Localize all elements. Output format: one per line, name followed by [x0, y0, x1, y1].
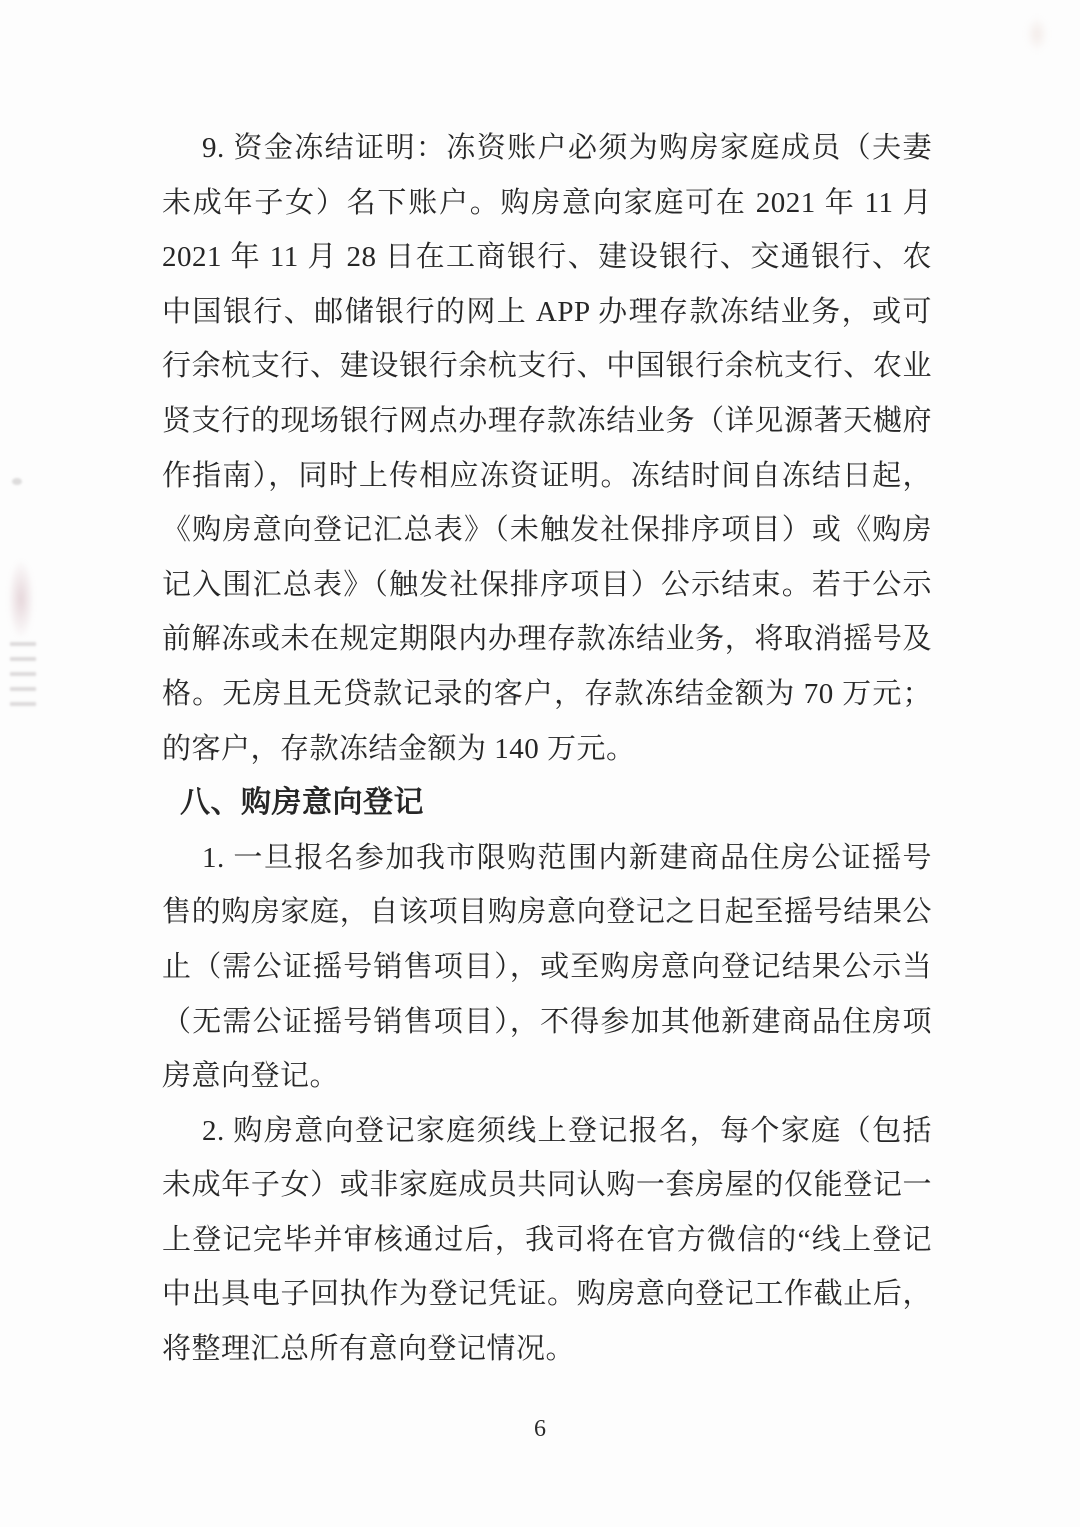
item1-line-3: 止（需公证摇号销售项目），或至购房意向登记结果公示当日止 [162, 940, 932, 995]
scan-smudge-topright [1026, 16, 1048, 52]
item2-line-5: 将整理汇总所有意向登记情况。 [162, 1322, 932, 1377]
item1-line-2: 售的购房家庭，自该项目购房意向登记之日起至摇号结果公示当日 [162, 885, 932, 940]
item2-line-1: 2. 购房意向登记家庭须线上登记报名，每个家庭（包括配偶及 [162, 1104, 932, 1159]
item9-line-12: 的客户，存款冻结金额为 140 万元。 [162, 722, 932, 777]
item9-line-5: 行余杭支行、建设银行余杭支行、中国银行余杭支行、农业银行崇 [162, 339, 932, 394]
item9-line-6: 贤支行的现场银行网点办理存款冻结业务（详见源著天樾府冻资操 [162, 394, 932, 449]
item9-line-4: 中国银行、邮储银行的网上 APP 办理存款冻结业务，或可在工商银 [162, 285, 932, 340]
section-heading: 八、购房意向登记 [162, 776, 932, 831]
item2-line-2: 未成年子女）或非家庭成员共同认购一套房屋的仅能登记一次。线 [162, 1158, 932, 1213]
scan-smudge-pink [8, 560, 34, 638]
scan-smudge-dot [12, 478, 22, 485]
item1-line-5: 房意向登记。 [162, 1049, 932, 1104]
page-number: 6 [0, 1416, 1080, 1443]
item9-line-7: 作指南），同时上传相应冻资证明。冻结时间自冻结日起，最晚至 [162, 449, 932, 504]
item9-line-1: 9. 资金冻结证明：冻资账户必须为购房家庭成员（夫妻双方及 [162, 121, 932, 176]
document-body: 9. 资金冻结证明：冻资账户必须为购房家庭成员（夫妻双方及 未成年子女）名下账户… [162, 121, 932, 1377]
item9-line-3: 2021 年 11 月 28 日在工商银行、建设银行、交通银行、农业银行、 [162, 230, 932, 285]
item9-line-11: 格。无房且无贷款记录的客户，存款冻结金额为 70 万元；其它情况 [162, 667, 932, 722]
item9-line-2: 未成年子女）名下账户。购房意向家庭可在 2021 年 11 月 25 日至 [162, 176, 932, 231]
item1-line-4: （无需公证摇号销售项目），不得参加其他新建商品住房项目的购 [162, 995, 932, 1050]
item2-line-3: 上登记完毕并审核通过后，我司将在官方微信的“线上登记系统” [162, 1213, 932, 1268]
item9-line-8: 《购房意向登记汇总表》（未触发社保排序项目）或《购房意向登 [162, 503, 932, 558]
item2-line-4: 中出具电子回执作为登记凭证。购房意向登记工作截止后，本公司 [162, 1267, 932, 1322]
item1-line-1: 1. 一旦报名参加我市限购范围内新建商品住房公证摇号公开销 [162, 831, 932, 886]
item9-line-10: 前解冻或未在规定期限内办理存款冻结业务，将取消摇号及选房资 [162, 612, 932, 667]
document-page: 9. 资金冻结证明：冻资账户必须为购房家庭成员（夫妻双方及 未成年子女）名下账户… [0, 0, 1080, 1527]
scan-smudge-dashes [10, 642, 36, 708]
item9-line-9: 记入围汇总表》（触发社保排序项目）公示结束。若于公示结束日 [162, 558, 932, 613]
